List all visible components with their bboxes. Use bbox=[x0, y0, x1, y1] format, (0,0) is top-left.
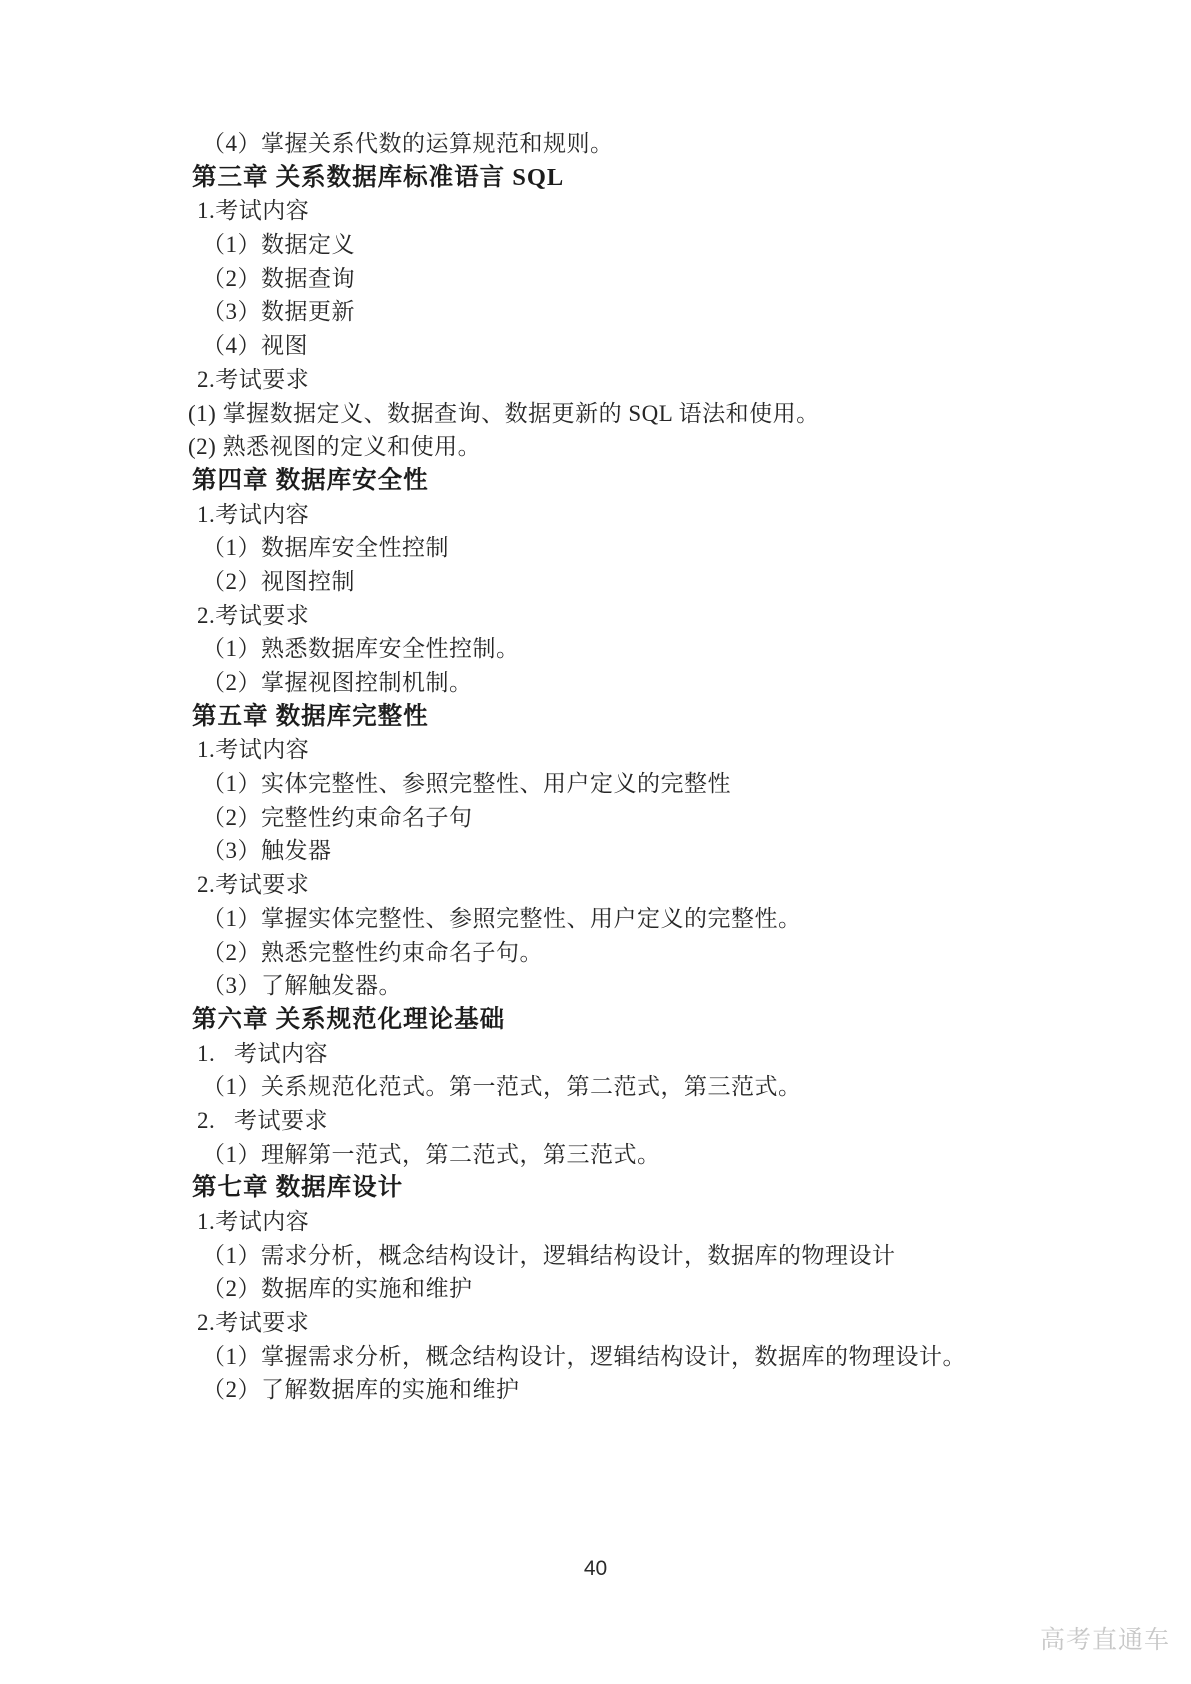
watermark-brand: 高考直通车 bbox=[1040, 1624, 1170, 1656]
text-line: (2) 熟悉视图的定义和使用。 bbox=[0, 430, 1191, 464]
text-line: 1.考试内容 bbox=[0, 1205, 1191, 1239]
text-line: 1. 考试内容 bbox=[0, 1037, 1191, 1071]
text-line: 2.考试要求 bbox=[0, 1306, 1191, 1340]
document-page: （4）掌握关系代数的运算规范和规则。第三章 关系数据库标准语言 SQL1.考试内… bbox=[0, 0, 1191, 1684]
text-line: （3）触发器 bbox=[0, 834, 1191, 868]
document-body: （4）掌握关系代数的运算规范和规则。第三章 关系数据库标准语言 SQL1.考试内… bbox=[0, 127, 1191, 1407]
chapter-heading: 第六章 关系规范化理论基础 bbox=[0, 1003, 1191, 1037]
text-line: 2. 考试要求 bbox=[0, 1104, 1191, 1138]
text-line: 1.考试内容 bbox=[0, 194, 1191, 228]
text-line: （1）关系规范化范式。第一范式，第二范式，第三范式。 bbox=[0, 1070, 1191, 1104]
text-line: 2.考试要求 bbox=[0, 599, 1191, 633]
text-line: （1）数据定义 bbox=[0, 228, 1191, 262]
text-line: 1.考试内容 bbox=[0, 498, 1191, 532]
text-line: （1）掌握需求分析，概念结构设计，逻辑结构设计，数据库的物理设计。 bbox=[0, 1340, 1191, 1374]
text-line: （2）视图控制 bbox=[0, 565, 1191, 599]
text-line: （4）掌握关系代数的运算规范和规则。 bbox=[0, 127, 1191, 161]
text-line: （2）掌握视图控制机制。 bbox=[0, 666, 1191, 700]
text-line: （2）数据查询 bbox=[0, 262, 1191, 296]
text-line: （4）视图 bbox=[0, 329, 1191, 363]
text-line: （1）数据库安全性控制 bbox=[0, 531, 1191, 565]
text-line: 2.考试要求 bbox=[0, 868, 1191, 902]
text-line: （1）熟悉数据库安全性控制。 bbox=[0, 632, 1191, 666]
chapter-heading: 第七章 数据库设计 bbox=[0, 1171, 1191, 1205]
text-line: （1）掌握实体完整性、参照完整性、用户定义的完整性。 bbox=[0, 902, 1191, 936]
text-line: （1）理解第一范式，第二范式，第三范式。 bbox=[0, 1138, 1191, 1172]
text-line: （2）完整性约束命名子句 bbox=[0, 801, 1191, 835]
text-line: （1）需求分析，概念结构设计，逻辑结构设计，数据库的物理设计 bbox=[0, 1239, 1191, 1273]
text-line: （3）数据更新 bbox=[0, 295, 1191, 329]
text-line: (1) 掌握数据定义、数据查询、数据更新的 SQL 语法和使用。 bbox=[0, 397, 1191, 431]
chapter-heading: 第三章 关系数据库标准语言 SQL bbox=[0, 161, 1191, 195]
text-line: （3）了解触发器。 bbox=[0, 969, 1191, 1003]
text-line: （2）熟悉完整性约束命名子句。 bbox=[0, 936, 1191, 970]
page-number: 40 bbox=[0, 1556, 1191, 1582]
text-line: （2）了解数据库的实施和维护 bbox=[0, 1373, 1191, 1407]
text-line: 1.考试内容 bbox=[0, 733, 1191, 767]
text-line: （1）实体完整性、参照完整性、用户定义的完整性 bbox=[0, 767, 1191, 801]
chapter-heading: 第五章 数据库完整性 bbox=[0, 700, 1191, 734]
chapter-heading: 第四章 数据库安全性 bbox=[0, 464, 1191, 498]
text-line: （2）数据库的实施和维护 bbox=[0, 1272, 1191, 1306]
text-line: 2.考试要求 bbox=[0, 363, 1191, 397]
